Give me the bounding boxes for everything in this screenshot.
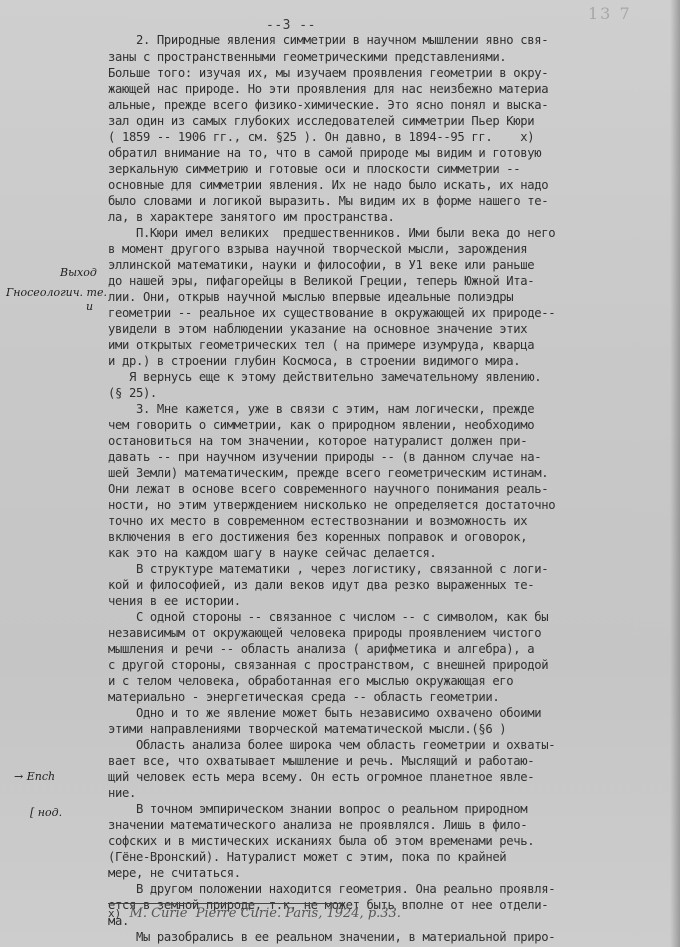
- text-line: альные, прежде всего физико-химические. …: [108, 98, 548, 113]
- text-line: 2. Природные явления симметрии в научном…: [108, 33, 548, 48]
- text-line: кой и философией, из дали веков идут два…: [108, 578, 534, 593]
- text-line: П.Кюри имел великих предшественников. Им…: [108, 226, 555, 241]
- text-line: чения в ее истории.: [108, 594, 241, 609]
- handwritten-note: и: [86, 300, 93, 313]
- text-line: ( 1859 -- 1906 гг., см. §25 ). Он давно,…: [108, 130, 534, 145]
- text-line: независимым от окружающей человека приро…: [108, 626, 541, 641]
- text-line: (Гёне-Вронский). Натуралист может с этим…: [108, 850, 506, 865]
- text-line: зеркальную симметрию и готовые оси и пло…: [108, 162, 520, 177]
- text-line: с другой стороны, связанная с пространст…: [108, 658, 548, 673]
- text-line: ние.: [108, 786, 136, 801]
- text-line: Мы разобрались в ее реальном значении, в…: [108, 930, 555, 945]
- footnote-mark: x): [108, 907, 121, 920]
- text-line: Одно и то же явление может быть независи…: [108, 706, 541, 721]
- text-line: в момент другого взрыва научной творческ…: [108, 242, 527, 257]
- text-line: было словами и логикой выразить. Мы види…: [108, 194, 548, 209]
- text-line: В другом положении находится геометрия. …: [108, 882, 555, 897]
- text-line: Область анализа более широка чем область…: [108, 738, 555, 753]
- text-line: эллинской математики, науки и философии,…: [108, 258, 534, 273]
- text-line: софских и в мистических исканиях была об…: [108, 834, 534, 849]
- text-line: увидели в этом наблюдении указание на ос…: [108, 322, 527, 337]
- text-line: жающей нас природе. Но эти проявления дл…: [108, 82, 548, 97]
- text-line: основные для симметрии явления. Их не на…: [108, 178, 548, 193]
- text-line: остановиться на том значении, которое на…: [108, 434, 527, 449]
- text-line: материально - энергетическая среда -- об…: [108, 690, 499, 705]
- text-line: Они лежат в основе всего современного на…: [108, 482, 548, 497]
- text-line: до нашей эры, пифагорейцы в Великой Грец…: [108, 274, 534, 289]
- text-line: включения в его достижения без коренных …: [108, 530, 527, 545]
- archive-number: 13 7: [588, 4, 632, 23]
- text-line: геометрии -- реальное их существование в…: [108, 306, 555, 321]
- text-line: В структуре математики , через логистику…: [108, 562, 548, 577]
- footnote-divider: [108, 903, 344, 904]
- text-line: давать -- при научном изучении природы -…: [108, 450, 541, 465]
- text-line: вает все, что охватывает мышление и речь…: [108, 754, 534, 769]
- text-line: мере, не считаться.: [108, 866, 241, 881]
- text-line: В точном эмпирическом знании вопрос о ре…: [108, 802, 527, 817]
- footnote-text: M. Curie Pierre Curie. Paris, 1924, p.33…: [130, 906, 401, 921]
- text-line: щий человек есть мера всему. Он есть огр…: [108, 770, 534, 785]
- handwritten-note: Выход: [60, 266, 97, 279]
- text-line: обратил внимание на то, что в самой прир…: [108, 146, 541, 161]
- scanned-page: 13 7 --3 -- 2. Природные явления симметр…: [0, 0, 680, 947]
- handwritten-note: [ нод.: [30, 806, 62, 819]
- text-line: лии. Они, открыв научной мыслью впервые …: [108, 290, 513, 305]
- text-line: точно их место в современном естествозна…: [108, 514, 527, 529]
- text-line: ими открытых геометрических тел ( на при…: [108, 338, 534, 353]
- page-edge-shadow: [670, 0, 680, 947]
- text-line: зал один из самых глубоких исследователе…: [108, 114, 534, 129]
- handwritten-note: → Ench: [14, 770, 55, 783]
- text-line: и с телом человека, обработанная его мыс…: [108, 674, 513, 689]
- text-line: заны с пространственными геометрическими…: [108, 50, 506, 65]
- text-line: Я вернусь еще к этому действительно заме…: [108, 370, 541, 385]
- text-line: 3. Мне кажется, уже в связи с этим, нам …: [108, 402, 534, 417]
- text-line: ности, но этим утверждением нисколько не…: [108, 498, 555, 513]
- text-line: шей Земли) математическим, прежде всего …: [108, 466, 548, 481]
- footnote: x) M. Curie Pierre Curie. Paris, 1924, p…: [108, 906, 401, 921]
- text-line: мышления и речи -- область анализа ( ари…: [108, 642, 534, 657]
- text-line: значении математического анализа не проя…: [108, 818, 527, 833]
- handwritten-note: Гносеологич. те.: [6, 286, 107, 299]
- text-line: и др.) в строении глубин Космоса, в стро…: [108, 354, 520, 369]
- text-line: С одной стороны -- связанное с числом --…: [108, 610, 548, 625]
- text-line: ла, в характере занятого им пространства…: [108, 210, 395, 225]
- text-line: этими направлениями творческой математич…: [108, 722, 506, 737]
- text-line: как это на каждом шагу в науке сейчас де…: [108, 546, 436, 561]
- text-line: Больше того: изучая их, мы изучаем прояв…: [108, 66, 548, 81]
- text-line: (§ 25).: [108, 386, 157, 401]
- text-line: чем говорить о симметрии, как о природно…: [108, 418, 534, 433]
- page-number: --3 --: [266, 18, 316, 33]
